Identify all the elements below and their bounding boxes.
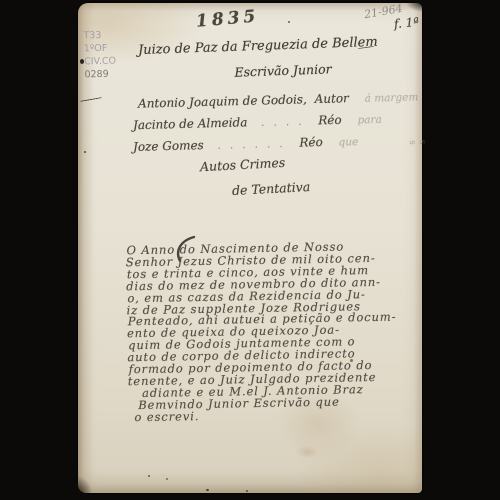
party-role: Réo: [318, 113, 342, 128]
leader-dots: . . . . . .: [217, 139, 285, 152]
party-name: Jacinto de Almeida: [133, 115, 248, 132]
manuscript-line: o escrevi.: [134, 407, 390, 423]
leader-dots: . . . .: [261, 117, 305, 129]
party-name: Joze Gomes: [133, 138, 204, 154]
pencil-note: á margem: [364, 91, 418, 104]
ink-speck: [206, 489, 209, 491]
ink-speck: [246, 490, 248, 492]
year-heading: 1835: [195, 6, 260, 31]
party-row: Antonio Joaquim de Godois, Autor á marge…: [138, 89, 419, 110]
party-role: Autor: [314, 91, 349, 106]
party-row: Jacinto de Almeida . . . . Réo para: [133, 112, 382, 133]
party-name: Antonio Joaquim de Godois,: [138, 92, 307, 110]
archival-stamp: T33 1ºOF CIV.CO 0289: [83, 29, 116, 82]
party-role: Réo: [299, 135, 323, 150]
case-title-line1: Autos Crimes: [200, 155, 286, 174]
pencil-note: que: [338, 136, 358, 149]
ink-speck: [148, 475, 150, 477]
archival-stamp-line: T33: [83, 29, 115, 43]
body-paragraph: O Anno do Nascimento de Nosso Senhor Jez…: [125, 241, 390, 424]
torn-corner-bottom-left: [77, 464, 103, 494]
archival-stamp-line: 0289: [84, 68, 116, 82]
court-header-line1: Juizo de Paz da Freguezia de Bellem: [138, 35, 374, 58]
pencil-note: para: [357, 114, 382, 127]
court-header-line2: Escrivão Junior: [198, 60, 368, 81]
ink-speck: [84, 151, 86, 153]
ink-speck: [166, 478, 168, 480]
manuscript-page: 1835 21-964 f. 1ª T33 1ºOF CIV.CO 0289 J…: [78, 3, 422, 493]
case-title-line2: de Tentativa: [232, 179, 311, 198]
scan-background: { "document": { "year": "1835", "pencil_…: [0, 0, 500, 500]
folio-number: f. 1ª: [393, 15, 419, 31]
stain: [296, 445, 318, 459]
margin-dash: [80, 97, 102, 102]
archival-stamp-line: CIV.CO: [84, 55, 116, 69]
party-row: Joze Gomes . . . . . . Réo que: [133, 134, 359, 154]
archival-stamp-line: 1ºOF: [84, 42, 116, 56]
ink-speck: [288, 21, 290, 23]
edge-scribble: s s: [407, 140, 427, 151]
